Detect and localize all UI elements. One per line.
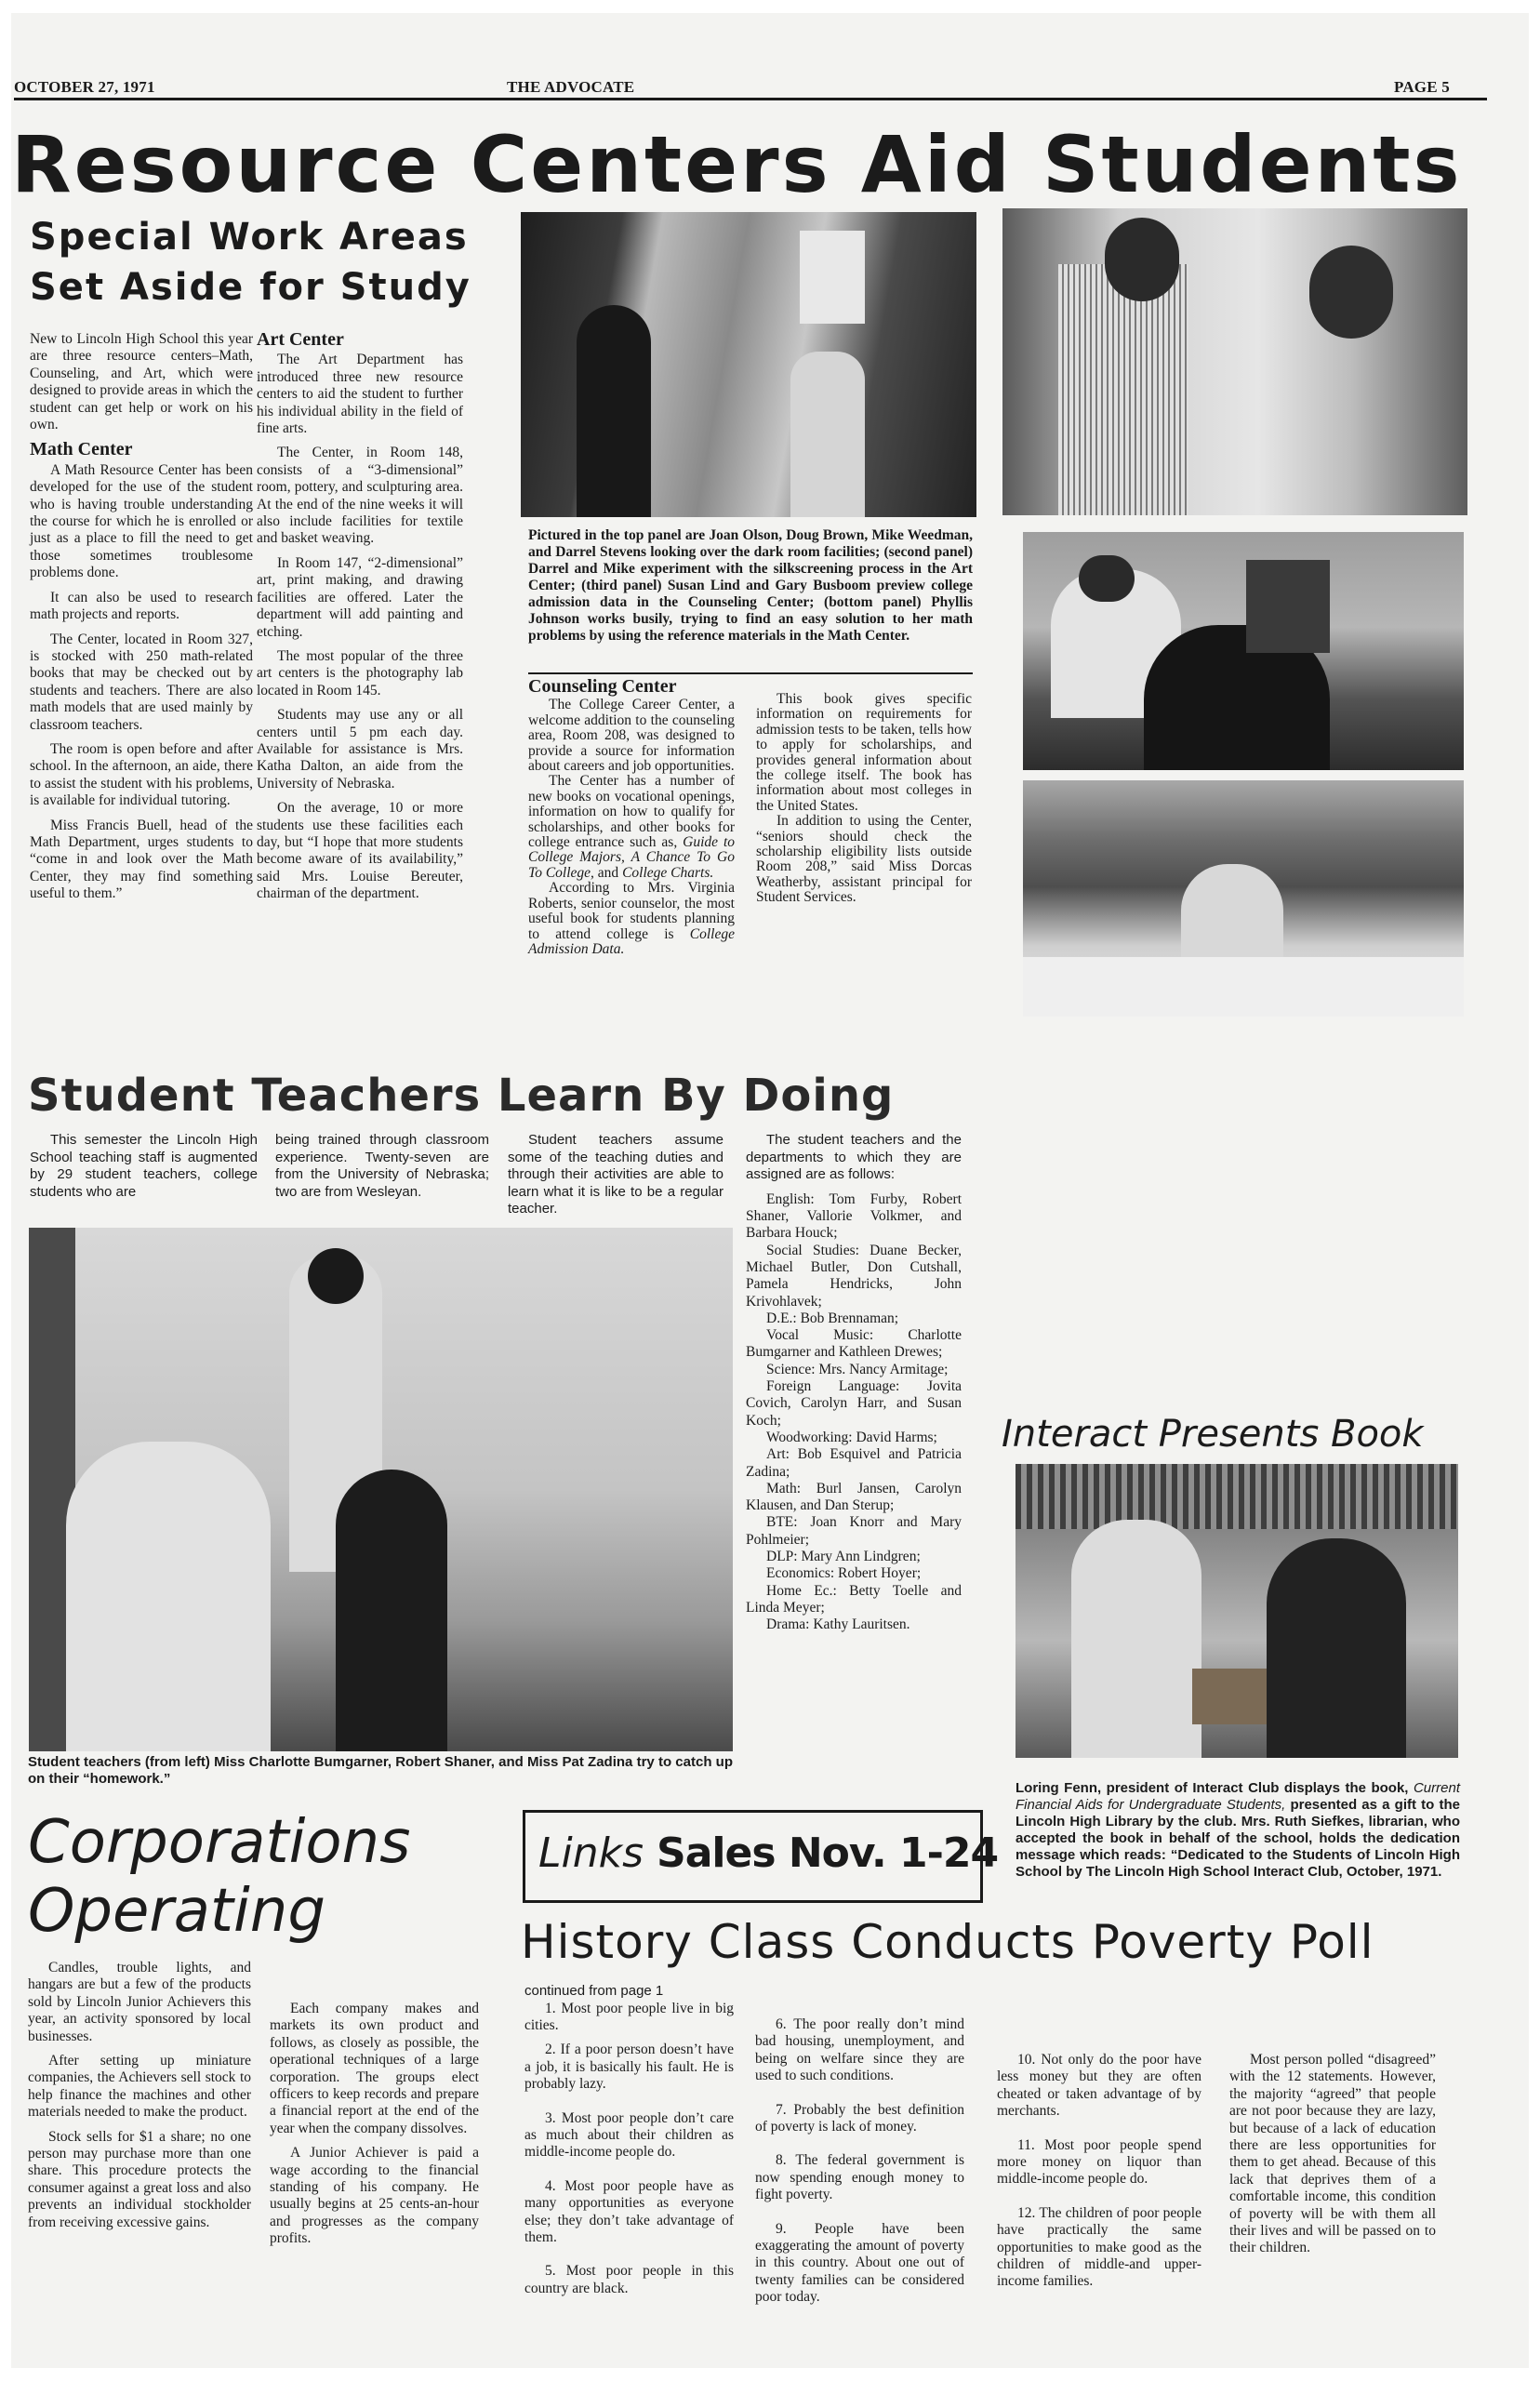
- masthead-rule: [14, 98, 1487, 100]
- subheadline-line-1: Special Work Areas: [30, 214, 469, 260]
- statement: 8. The federal government is now spendin…: [755, 2152, 964, 2203]
- statement: 9. People have been exaggerating the amo…: [755, 2221, 964, 2307]
- paragraph: In addition to using the Center, “senior…: [756, 814, 972, 905]
- newspaper-page: OCTOBER 27, 1971 THE ADVOCATE PAGE 5 Res…: [11, 13, 1529, 2368]
- hair-shape: [1079, 555, 1135, 602]
- student-teachers-headline: Student Teachers Learn By Doing: [28, 1070, 894, 1122]
- hair-shape: [1105, 218, 1179, 301]
- person-left: [1071, 1520, 1201, 1758]
- department-assignment: Economics: Robert Hoyer;: [746, 1565, 962, 1582]
- paragraph: being trained through classroom experien…: [275, 1132, 489, 1201]
- student-teachers-column-3: Student teachers assume some of the teac…: [508, 1132, 724, 1226]
- department-assignment: D.E.: Bob Brennaman;: [746, 1310, 962, 1327]
- statement: 1. Most poor people live in big cities.: [524, 2001, 734, 2035]
- paragraph: A Junior Achiever is paid a wage accordi…: [270, 2145, 479, 2247]
- paragraph: Student teachers assume some of the teac…: [508, 1132, 724, 1218]
- person-silhouette: [1181, 864, 1283, 966]
- caption-rule: [528, 672, 973, 674]
- paragraph: Students may use any or all centers unti…: [257, 707, 463, 792]
- student-teachers-column-2: being trained through classroom experien…: [275, 1132, 489, 1208]
- statement: 11. Most poor people spend more money on…: [997, 2137, 1201, 2188]
- paragraph: The Art Department has introduced three …: [257, 352, 463, 437]
- poverty-poll-column-1: continued from page 1 1. Most poor peopl…: [524, 1983, 734, 2305]
- statement: 12. The children of poor people have pra…: [997, 2205, 1201, 2291]
- department-assignment: DLP: Mary Ann Lindgren;: [746, 1549, 962, 1565]
- resource-article-column-2: Art Center The Art Department has introd…: [257, 331, 463, 911]
- book-shape: [1192, 1669, 1267, 1724]
- interact-photo-caption: Loring Fenn, president of Interact Club …: [1016, 1780, 1460, 1881]
- paragraph: A Math Resource Center has been develope…: [30, 462, 253, 582]
- continued-note: continued from page 1: [524, 1983, 734, 2001]
- hair-shape: [1309, 246, 1393, 339]
- department-assignment: Home Ec.: Betty Toelle and Linda Meyer;: [746, 1583, 962, 1617]
- paragraph: This semester the Lincoln High School te…: [30, 1132, 258, 1201]
- poll-conclusion: Most person polled “disagreed” with the …: [1229, 2052, 1436, 2257]
- paragraph: On the average, 10 or more students use …: [257, 800, 463, 902]
- department-assignments-list: English: Tom Furby, Robert Shaner, Vallo…: [746, 1191, 962, 1634]
- paragraph: The Center, located in Room 327, is stoc…: [30, 632, 253, 734]
- department-assignment: English: Tom Furby, Robert Shaner, Vallo…: [746, 1191, 962, 1243]
- statement: 6. The poor really don’t mind bad housin…: [755, 2016, 964, 2085]
- person-left: [66, 1442, 271, 1751]
- paragraph: The student teachers and the departments…: [746, 1132, 962, 1184]
- poverty-poll-column-3: 10. Not only do the poor have less money…: [997, 1983, 1201, 2298]
- poverty-poll-headline: History Class Conducts Poverty Poll: [521, 1914, 1374, 1970]
- department-assignment: Science: Mrs. Nancy Armitage;: [746, 1362, 962, 1378]
- department-assignment: Woodworking: David Harms;: [746, 1430, 962, 1446]
- person-silhouette: [577, 305, 651, 517]
- poster-shape: [800, 231, 865, 324]
- person-silhouette: [790, 352, 865, 517]
- counseling-photo: [1023, 532, 1464, 770]
- paragraph: The Center, in Room 148, consists of a “…: [257, 445, 463, 547]
- statement: 3. Most poor people don’t care as much a…: [524, 2110, 734, 2162]
- darkroom-photo: [521, 212, 976, 517]
- resource-article-column-1: New to Lincoln High School this year are…: [30, 331, 253, 911]
- counseling-column-1: Counseling Center The College Career Cen…: [528, 679, 735, 964]
- department-assignment: Math: Burl Jansen, Carolyn Klausen, and …: [746, 1481, 962, 1515]
- main-headline: Resource Centers Aid Students: [11, 123, 1463, 206]
- subheadline-line-2: Set Aside for Study: [30, 264, 471, 311]
- links-sales-ad: Links Sales Nov. 1-24: [523, 1810, 983, 1903]
- art-center-heading: Art Center: [257, 331, 463, 348]
- resource-photo-caption: Pictured in the top panel are Joan Olson…: [528, 527, 973, 645]
- counseling-column-2: This book gives specific information on …: [756, 692, 972, 913]
- striped-shirt: [1058, 264, 1188, 515]
- paragraph: Candles, trouble lights, and hangars are…: [28, 1960, 251, 2045]
- bookshelf: [1016, 1464, 1458, 1529]
- student-teachers-column-1: This semester the Lincoln High School te…: [30, 1132, 258, 1208]
- department-assignment: Drama: Kathy Lauritsen.: [746, 1616, 962, 1633]
- interact-headline: Interact Presents Book: [1002, 1412, 1424, 1457]
- statement: 10. Not only do the poor have less money…: [997, 2052, 1201, 2121]
- department-assignment: Foreign Language: Jovita Covich, Carolyn…: [746, 1378, 962, 1430]
- paragraph: This book gives specific information on …: [756, 692, 972, 814]
- corporations-headline-line-1: Corporations: [28, 1810, 410, 1875]
- poverty-poll-column-4: Most person polled “disagreed” with the …: [1229, 1983, 1436, 2265]
- person-right: [1267, 1538, 1406, 1758]
- silkscreen-photo: [1002, 208, 1467, 515]
- newspaper-name: THE ADVOCATE: [507, 78, 634, 97]
- paragraph: The room is open before and after school…: [30, 741, 253, 810]
- department-assignment: BTE: Joan Knorr and Mary Pohlmeier;: [746, 1514, 962, 1549]
- corporations-column-1: Candles, trouble lights, and hangars are…: [28, 1960, 251, 2239]
- student-teachers-photo-caption: Student teachers (from left) Miss Charlo…: [28, 1754, 733, 1787]
- hair-shape: [308, 1248, 364, 1304]
- sales-dates: Sales Nov. 1-24: [657, 1829, 998, 1877]
- student-teachers-column-4: The student teachers and the departments…: [746, 1132, 962, 1634]
- issue-date: OCTOBER 27, 1971: [14, 78, 155, 97]
- paragraph: Stock sells for $1 a share; no one perso…: [28, 2129, 251, 2231]
- department-assignment: Art: Bob Esquivel and Patricia Zadina;: [746, 1446, 962, 1481]
- statement: 7. Probably the best definition of pover…: [755, 2102, 964, 2136]
- math-center-photo: [1023, 780, 1464, 1017]
- statement: 5. Most poor people in this country are …: [524, 2263, 734, 2297]
- corporations-column-2: Each company makes and markets its own p…: [270, 1960, 479, 2255]
- corporations-headline-line-2: Operating: [28, 1879, 325, 1944]
- paragraph: The Center has a number of new books on …: [528, 774, 735, 881]
- student-teachers-photo: [29, 1228, 733, 1751]
- paragraph: After setting up miniature companies, th…: [28, 2053, 251, 2122]
- person-right-vest: [336, 1470, 447, 1751]
- links-word: Links: [538, 1829, 644, 1877]
- statement: 4. Most poor people have as many opportu…: [524, 2178, 734, 2247]
- paragraph: Each company makes and markets its own p…: [270, 2001, 479, 2137]
- page-number: PAGE 5: [1394, 78, 1450, 97]
- math-center-heading: Math Center: [30, 441, 253, 458]
- paragraph: It can also be used to research math pro…: [30, 590, 253, 624]
- paragraph: The College Career Center, a welcome add…: [528, 698, 735, 774]
- statement: 2. If a poor person doesn’t have a job, …: [524, 2042, 734, 2093]
- department-assignment: Social Studies: Duane Becker, Michael Bu…: [746, 1243, 962, 1310]
- poster-shape: [1246, 560, 1330, 653]
- interact-photo: [1016, 1464, 1458, 1758]
- department-assignment: Vocal Music: Charlotte Bumgarner and Kat…: [746, 1327, 962, 1362]
- table-surface: [1023, 957, 1464, 1017]
- paragraph: The most popular of the three art center…: [257, 648, 463, 699]
- intro-paragraph: New to Lincoln High School this year are…: [30, 331, 253, 433]
- paragraph: Miss Francis Buell, head of the Math Dep…: [30, 818, 253, 903]
- paragraph: According to Mrs. Virginia Roberts, seni…: [528, 881, 735, 957]
- book-title: College Charts.: [622, 865, 713, 881]
- counseling-center-heading: Counseling Center: [528, 679, 735, 694]
- paragraph: In Room 147, “2-dimensional” art, print …: [257, 555, 463, 641]
- poverty-poll-column-2: 6. The poor really don’t mind bad housin…: [755, 1983, 964, 2314]
